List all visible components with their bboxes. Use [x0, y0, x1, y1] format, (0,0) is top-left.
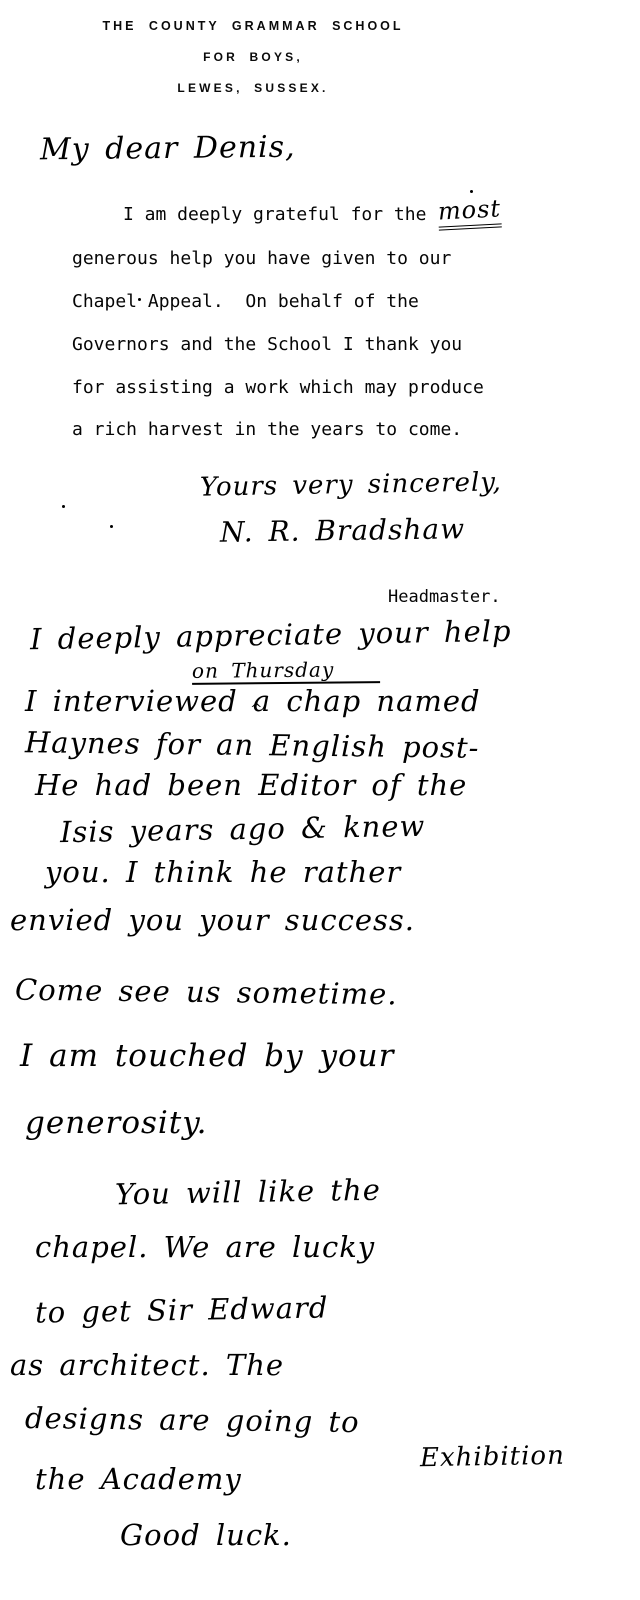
typed-line-5: for assisting a work which may produce	[72, 377, 484, 399]
headmaster-title: Headmaster.	[388, 586, 501, 608]
typed-line-2: generous help you have given to our	[72, 248, 451, 270]
postscript-line-8: Come see us sometime.	[15, 973, 398, 1012]
valediction-handwritten: Yours very sincerely,	[200, 467, 502, 502]
typed-line-1: I am deeply grateful for the	[123, 204, 426, 226]
scan-speck	[110, 525, 113, 528]
typed-line-3: Chapel Appeal. On behalf of the	[72, 291, 419, 313]
typed-line-4: Governors and the School I thank you	[72, 334, 462, 356]
postscript-line-1: I deeply appreciate your help	[30, 614, 512, 656]
postscript-line-13: to get Sir Edward	[35, 1290, 329, 1329]
postscript-line-17: Exhibition	[420, 1441, 565, 1474]
salutation-handwritten: My dear Denis,	[40, 130, 296, 168]
postscript-line-15: designs are going to	[25, 1401, 360, 1439]
signature-handwritten: N. R. Bradshaw	[220, 512, 465, 548]
inserted-word-most: most	[437, 194, 502, 230]
postscript-line-5: Isis years ago & knew	[60, 809, 426, 849]
postscript-line-9: I am touched by your	[20, 1038, 394, 1074]
scan-speck	[138, 298, 141, 301]
typed-line-6: a rich harvest in the years to come.	[72, 419, 462, 441]
postscript-line-11: You will like the	[115, 1173, 381, 1212]
letterhead-school-name: THE COUNTY GRAMMAR SCHOOL	[0, 19, 506, 33]
insertion-on-thursday: on Thursday	[192, 657, 380, 685]
scan-speck	[470, 190, 473, 193]
postscript-line-3: Haynes for an English post-	[25, 725, 480, 765]
postscript-line-18: Good luck.	[120, 1518, 292, 1552]
postscript-line-12: chapel. We are lucky	[35, 1230, 375, 1264]
postscript-line-10: generosity.	[25, 1105, 208, 1141]
postscript-line-4: He had been Editor of the	[35, 768, 467, 802]
postscript-line-6: you. I think he rather	[45, 855, 401, 889]
insertion-caret: ^	[250, 700, 264, 718]
scan-speck	[62, 505, 65, 508]
letterhead-location: LEWES, SUSSEX.	[0, 81, 506, 95]
postscript-line-14: as architect. The	[10, 1348, 284, 1382]
scanned-letter-page: THE COUNTY GRAMMAR SCHOOL FOR BOYS, LEWE…	[0, 0, 640, 1600]
postscript-line-16: the Academy	[35, 1462, 242, 1496]
postscript-line-7: envied you your success.	[10, 903, 415, 937]
letterhead-for-boys: FOR BOYS,	[0, 50, 506, 64]
